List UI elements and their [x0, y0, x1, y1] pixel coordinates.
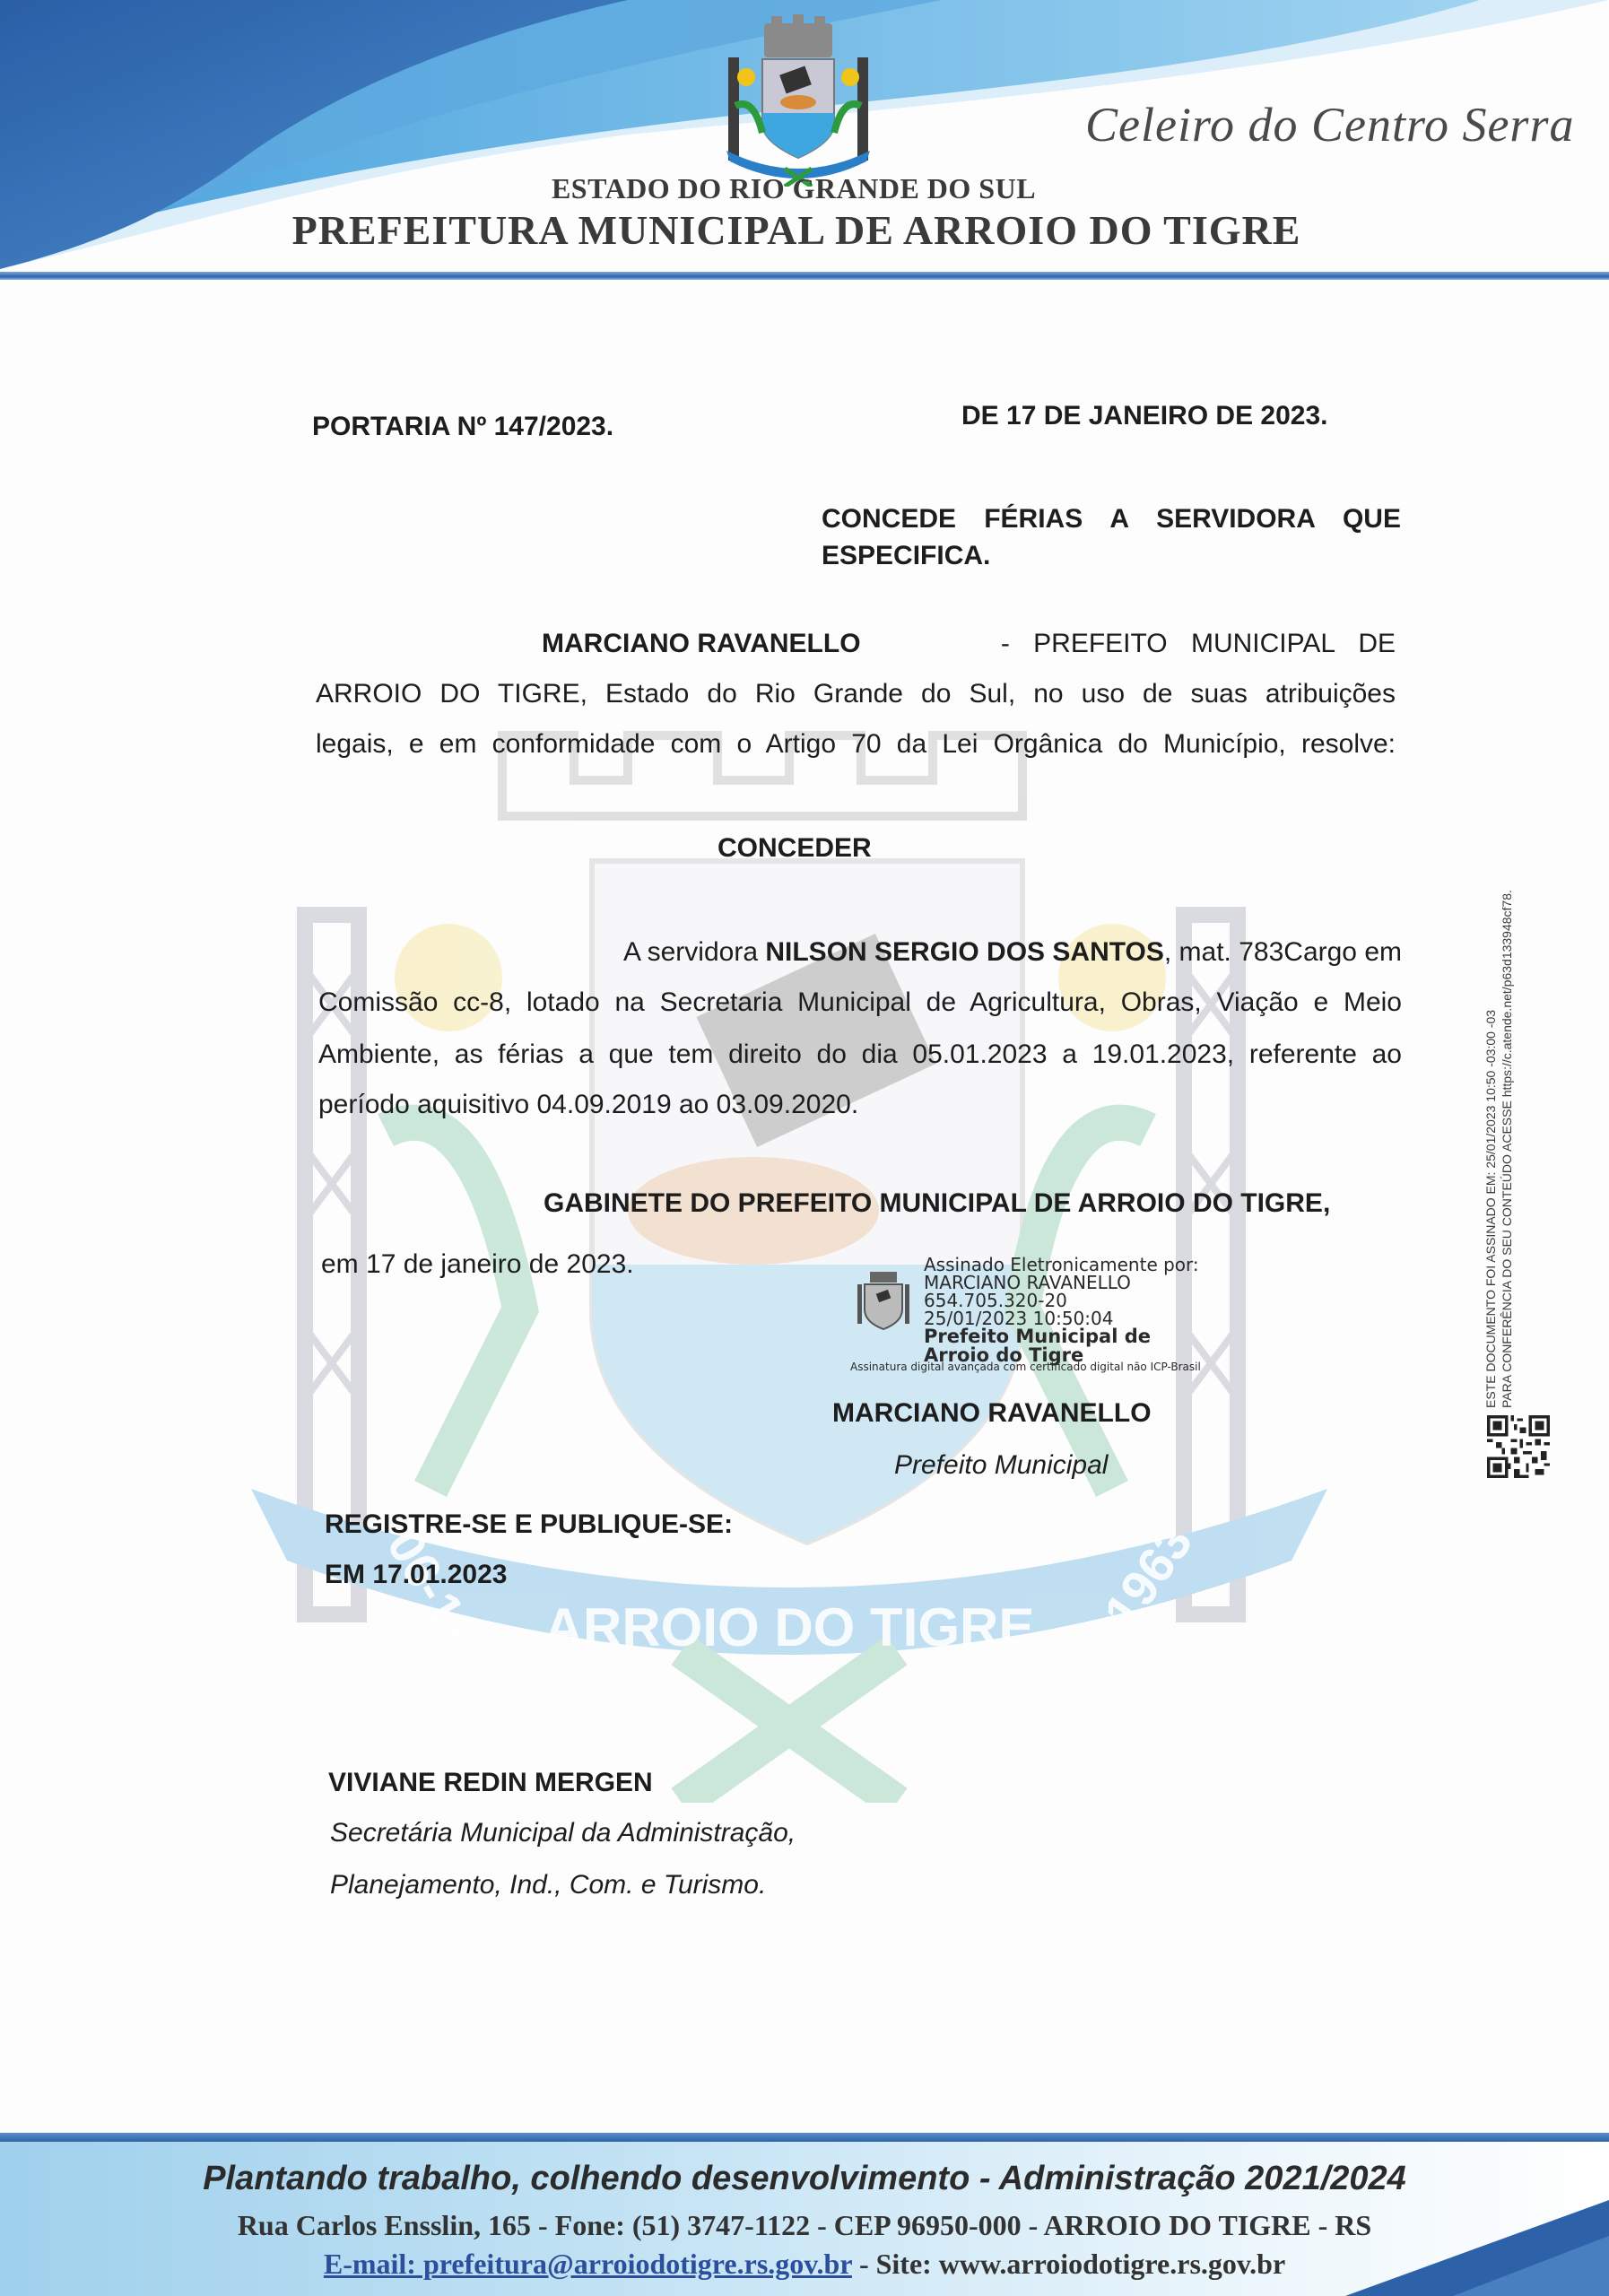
esign-datetime: 25/01/2023 10:50:04: [924, 1309, 1199, 1327]
side-stamp-line-2: PARA CONFERÊNCIA DO SEU CONTEÚDO ACESSE …: [1500, 890, 1514, 1408]
footer-slogan: Plantando trabalho, colhendo desenvolvim…: [0, 2160, 1609, 2198]
footer-site: - Site: www.arroiodotigre.rs.gov.br: [852, 2248, 1285, 2280]
header-motto: Celeiro do Centro Serra: [1085, 97, 1574, 152]
signature-crest-icon: [854, 1268, 913, 1333]
registre-line: REGISTRE-SE E PUBLIQUE-SE:: [325, 1509, 733, 1541]
footer-address: Rua Carlos Ensslin, 165 - Fone: (51) 374…: [0, 2209, 1609, 2242]
esign-block: Assinado Eletronicamente por: MARCIANO R…: [924, 1256, 1199, 1365]
registre-date: EM 17.01.2023: [325, 1559, 507, 1591]
watermark-ribbon-center: ARROIO DO TIGRE: [544, 1597, 1035, 1657]
footer-divider: [0, 2133, 1609, 2142]
esign-label: Assinado Eletronicamente por:: [924, 1256, 1199, 1274]
esign-role-1: Prefeito Municipal de: [924, 1327, 1199, 1346]
preamble-title: - PREFEITO MUNICIPAL DE: [1001, 628, 1396, 660]
preamble-line-1: MARCIANO RAVANELLO - PREFEITO MUNICIPAL …: [542, 628, 1396, 660]
portaria-date: DE 17 DE JANEIRO DE 2023.: [961, 400, 1328, 432]
esign-cpf: 654.705.320-20: [924, 1291, 1199, 1309]
gabinete-line: GABINETE DO PREFEITO MUNICIPAL DE ARROIO…: [544, 1187, 1330, 1220]
preamble-mayor-name: MARCIANO RAVANELLO: [542, 628, 861, 660]
ementa-line-2: ESPECIFICA.: [822, 540, 990, 572]
qr-code[interactable]: [1487, 1415, 1550, 1478]
footer: Plantando trabalho, colhendo desenvolvim…: [0, 2133, 1609, 2296]
signer-name: MARCIANO RAVANELLO: [832, 1397, 1152, 1430]
footer-email-link[interactable]: E-mail: prefeitura@arroiodotigre.rs.gov.…: [324, 2248, 852, 2280]
signer-title: Prefeito Municipal: [894, 1449, 1108, 1482]
secretary-name: VIVIANE REDIN MERGEN: [328, 1767, 653, 1799]
servant-name: NILSON SERGIO DOS SANTOS: [765, 937, 1164, 967]
body-line-1: A servidora NILSON SERGIO DOS SANTOS, ma…: [541, 936, 1402, 969]
action-conceder: CONCEDER: [718, 832, 872, 865]
municipal-crest-logo: [709, 7, 888, 187]
footer-contacts: E-mail: prefeitura@arroiodotigre.rs.gov.…: [0, 2248, 1609, 2281]
esign-name: MARCIANO RAVANELLO: [924, 1274, 1199, 1291]
body-line-4: período aquisitivo 04.09.2019 ao 03.09.2…: [318, 1089, 858, 1121]
preamble-line-2: ARROIO DO TIGRE, Estado do Rio Grande do…: [316, 678, 1396, 710]
portaria-number: PORTARIA Nº 147/2023.: [312, 411, 613, 443]
header-divider: [0, 272, 1609, 280]
header-prefeitura-title: PREFEITURA MUNICIPAL DE ARROIO DO TIGRE: [0, 206, 1593, 254]
esign-note: Assinatura digital avançada com certific…: [850, 1361, 1236, 1374]
ementa-line-1: CONCEDE FÉRIAS A SERVIDORA QUE: [822, 503, 1401, 535]
body-line-2: Comissão cc-8, lotado na Secretaria Muni…: [318, 987, 1402, 1019]
secretary-title-1: Secretária Municipal da Administração,: [330, 1817, 796, 1849]
side-stamp-line-1: ESTE DOCUMENTO FOI ASSINADO EM: 25/01/20…: [1483, 1010, 1498, 1408]
secretary-title-2: Planejamento, Ind., Com. e Turismo.: [330, 1869, 766, 1901]
header-state: ESTADO DO RIO GRANDE DO SUL: [0, 172, 1587, 205]
preamble-line-3: legais, e em conformidade com o Artigo 7…: [316, 728, 1396, 761]
gabinete-date: em 17 de janeiro de 2023.: [321, 1248, 634, 1281]
body-line-3: Ambiente, as férias a que tem direito do…: [318, 1039, 1402, 1071]
